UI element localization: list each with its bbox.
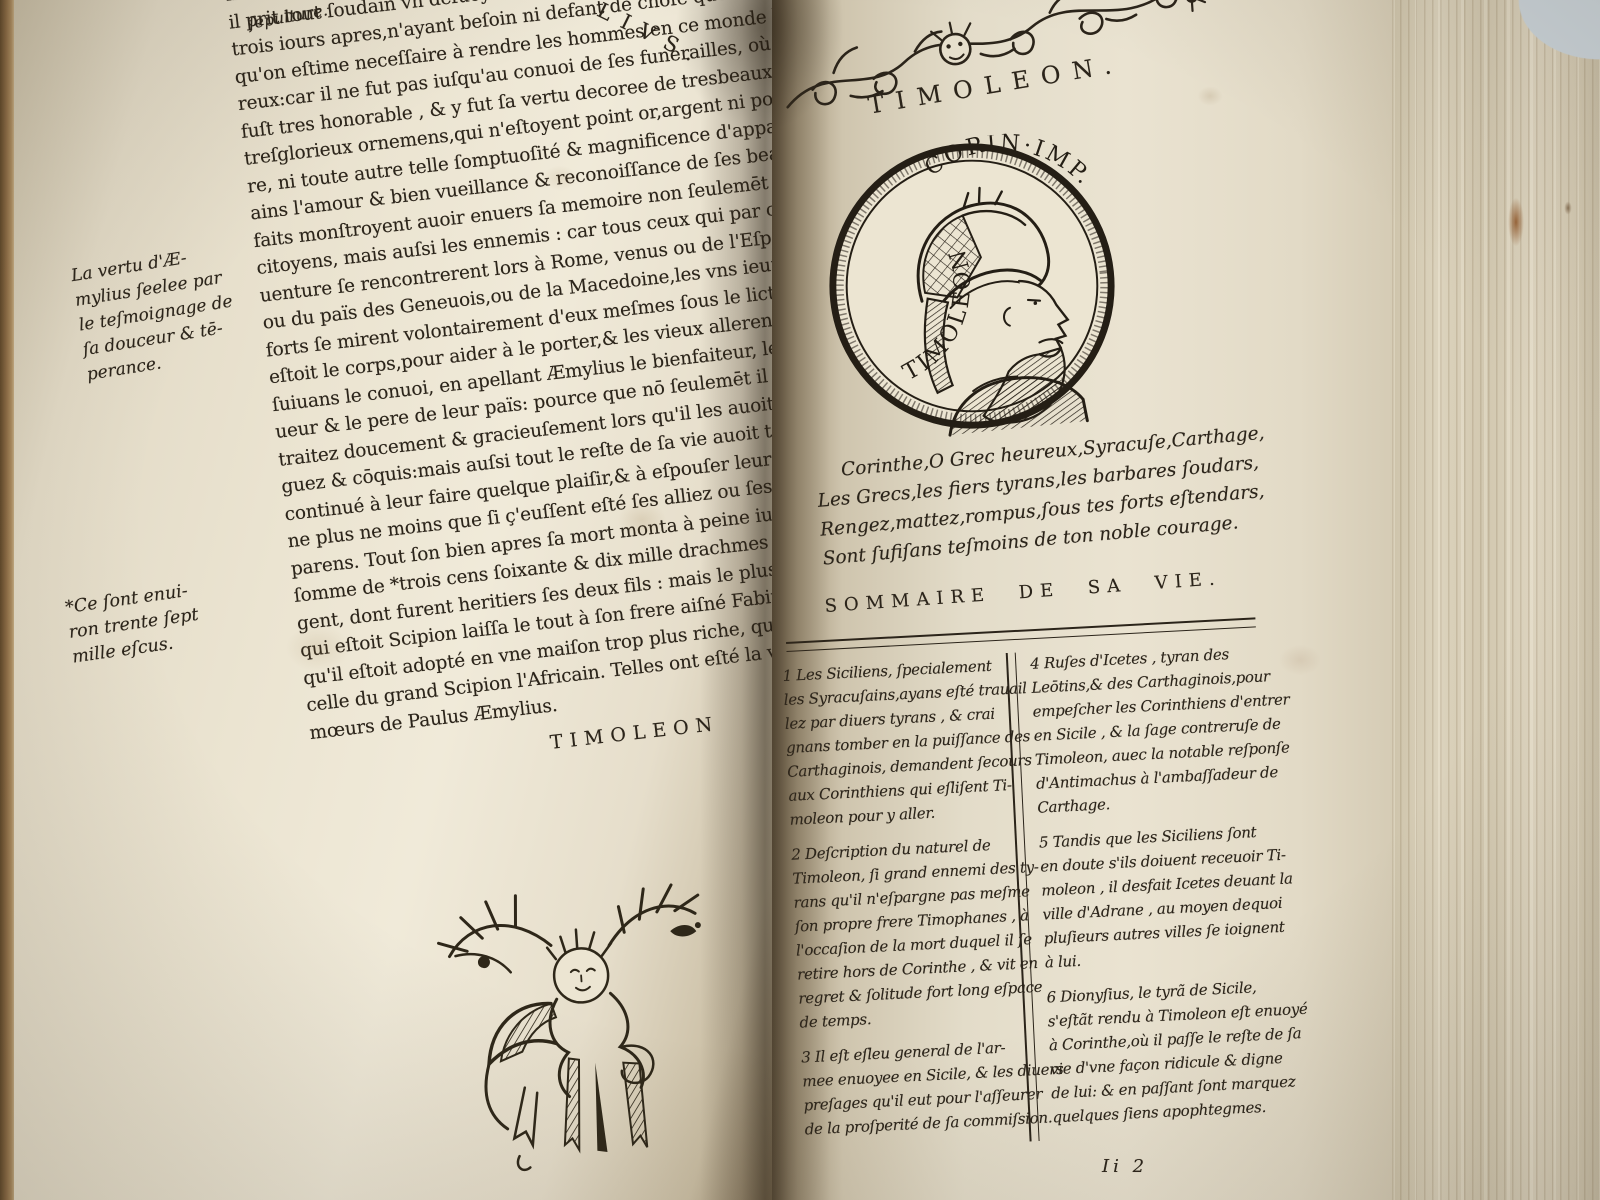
cover-edge-strip bbox=[0, 0, 14, 1200]
summary-item: 1 Les Siciliens, ſpecialementles Syracuſ… bbox=[782, 653, 1008, 831]
tailpiece-ornament-icon bbox=[413, 842, 735, 1192]
medallion-portrait-icon: TIMOLEON CORIN·IMP. bbox=[809, 123, 1134, 448]
summary-item: 3 Il eſt eſleu general de l'ar-mee enuoy… bbox=[801, 1035, 1023, 1142]
fore-edge-pages bbox=[1392, 0, 1600, 1200]
headband-ornament-icon bbox=[772, 0, 1224, 128]
margin-note-escus: *Ce ſont enui-ron trente ſeptmille eſcus… bbox=[64, 568, 272, 670]
summary-columns: 1 Les Siciliens, ſpecialementles Syracuſ… bbox=[782, 640, 1293, 1152]
right-page: TIMOLEON. TIMOLEON CORIN·IMP. bbox=[772, 0, 1414, 1200]
summary-column-1: 1 Les Siciliens, ſpecialementles Syracuſ… bbox=[782, 653, 1032, 1152]
summary-column-2: 4 Ruſes d'Icetes , tyran desLeōtins,& de… bbox=[1015, 641, 1287, 1142]
table-surface bbox=[1508, 0, 1600, 64]
summary-item: 4 Ruſes d'Icetes , tyran desLeōtins,& de… bbox=[1030, 641, 1271, 820]
catchword-wrap: TIMOLEON bbox=[224, 0, 774, 781]
summary-heading: SOMMAIRE DE SA VIE. bbox=[824, 568, 1222, 617]
catchword: TIMOLEON bbox=[313, 696, 774, 781]
left-page: LIVS. ſepulture. mēt en ſa perſonne,ni q… bbox=[12, 0, 774, 1200]
summary-item: 2 Deſcription du naturel deTimoleon, ſi … bbox=[791, 832, 1018, 1034]
summary-item: 5 Tandis que les Siciliens ſonten doute … bbox=[1038, 819, 1278, 974]
summary-item: 6 Dionyſius, le tyrã de Sicile,s'eſtãt r… bbox=[1046, 974, 1286, 1129]
signature-mark: Ii 2 bbox=[1102, 1156, 1148, 1177]
margin-note-virtue: La vertu d'Æ-mylius ſeelee parle teſmoig… bbox=[69, 233, 286, 388]
antique-book-photo: LIVS. ſepulture. mēt en ſa perſonne,ni q… bbox=[0, 0, 1600, 1200]
